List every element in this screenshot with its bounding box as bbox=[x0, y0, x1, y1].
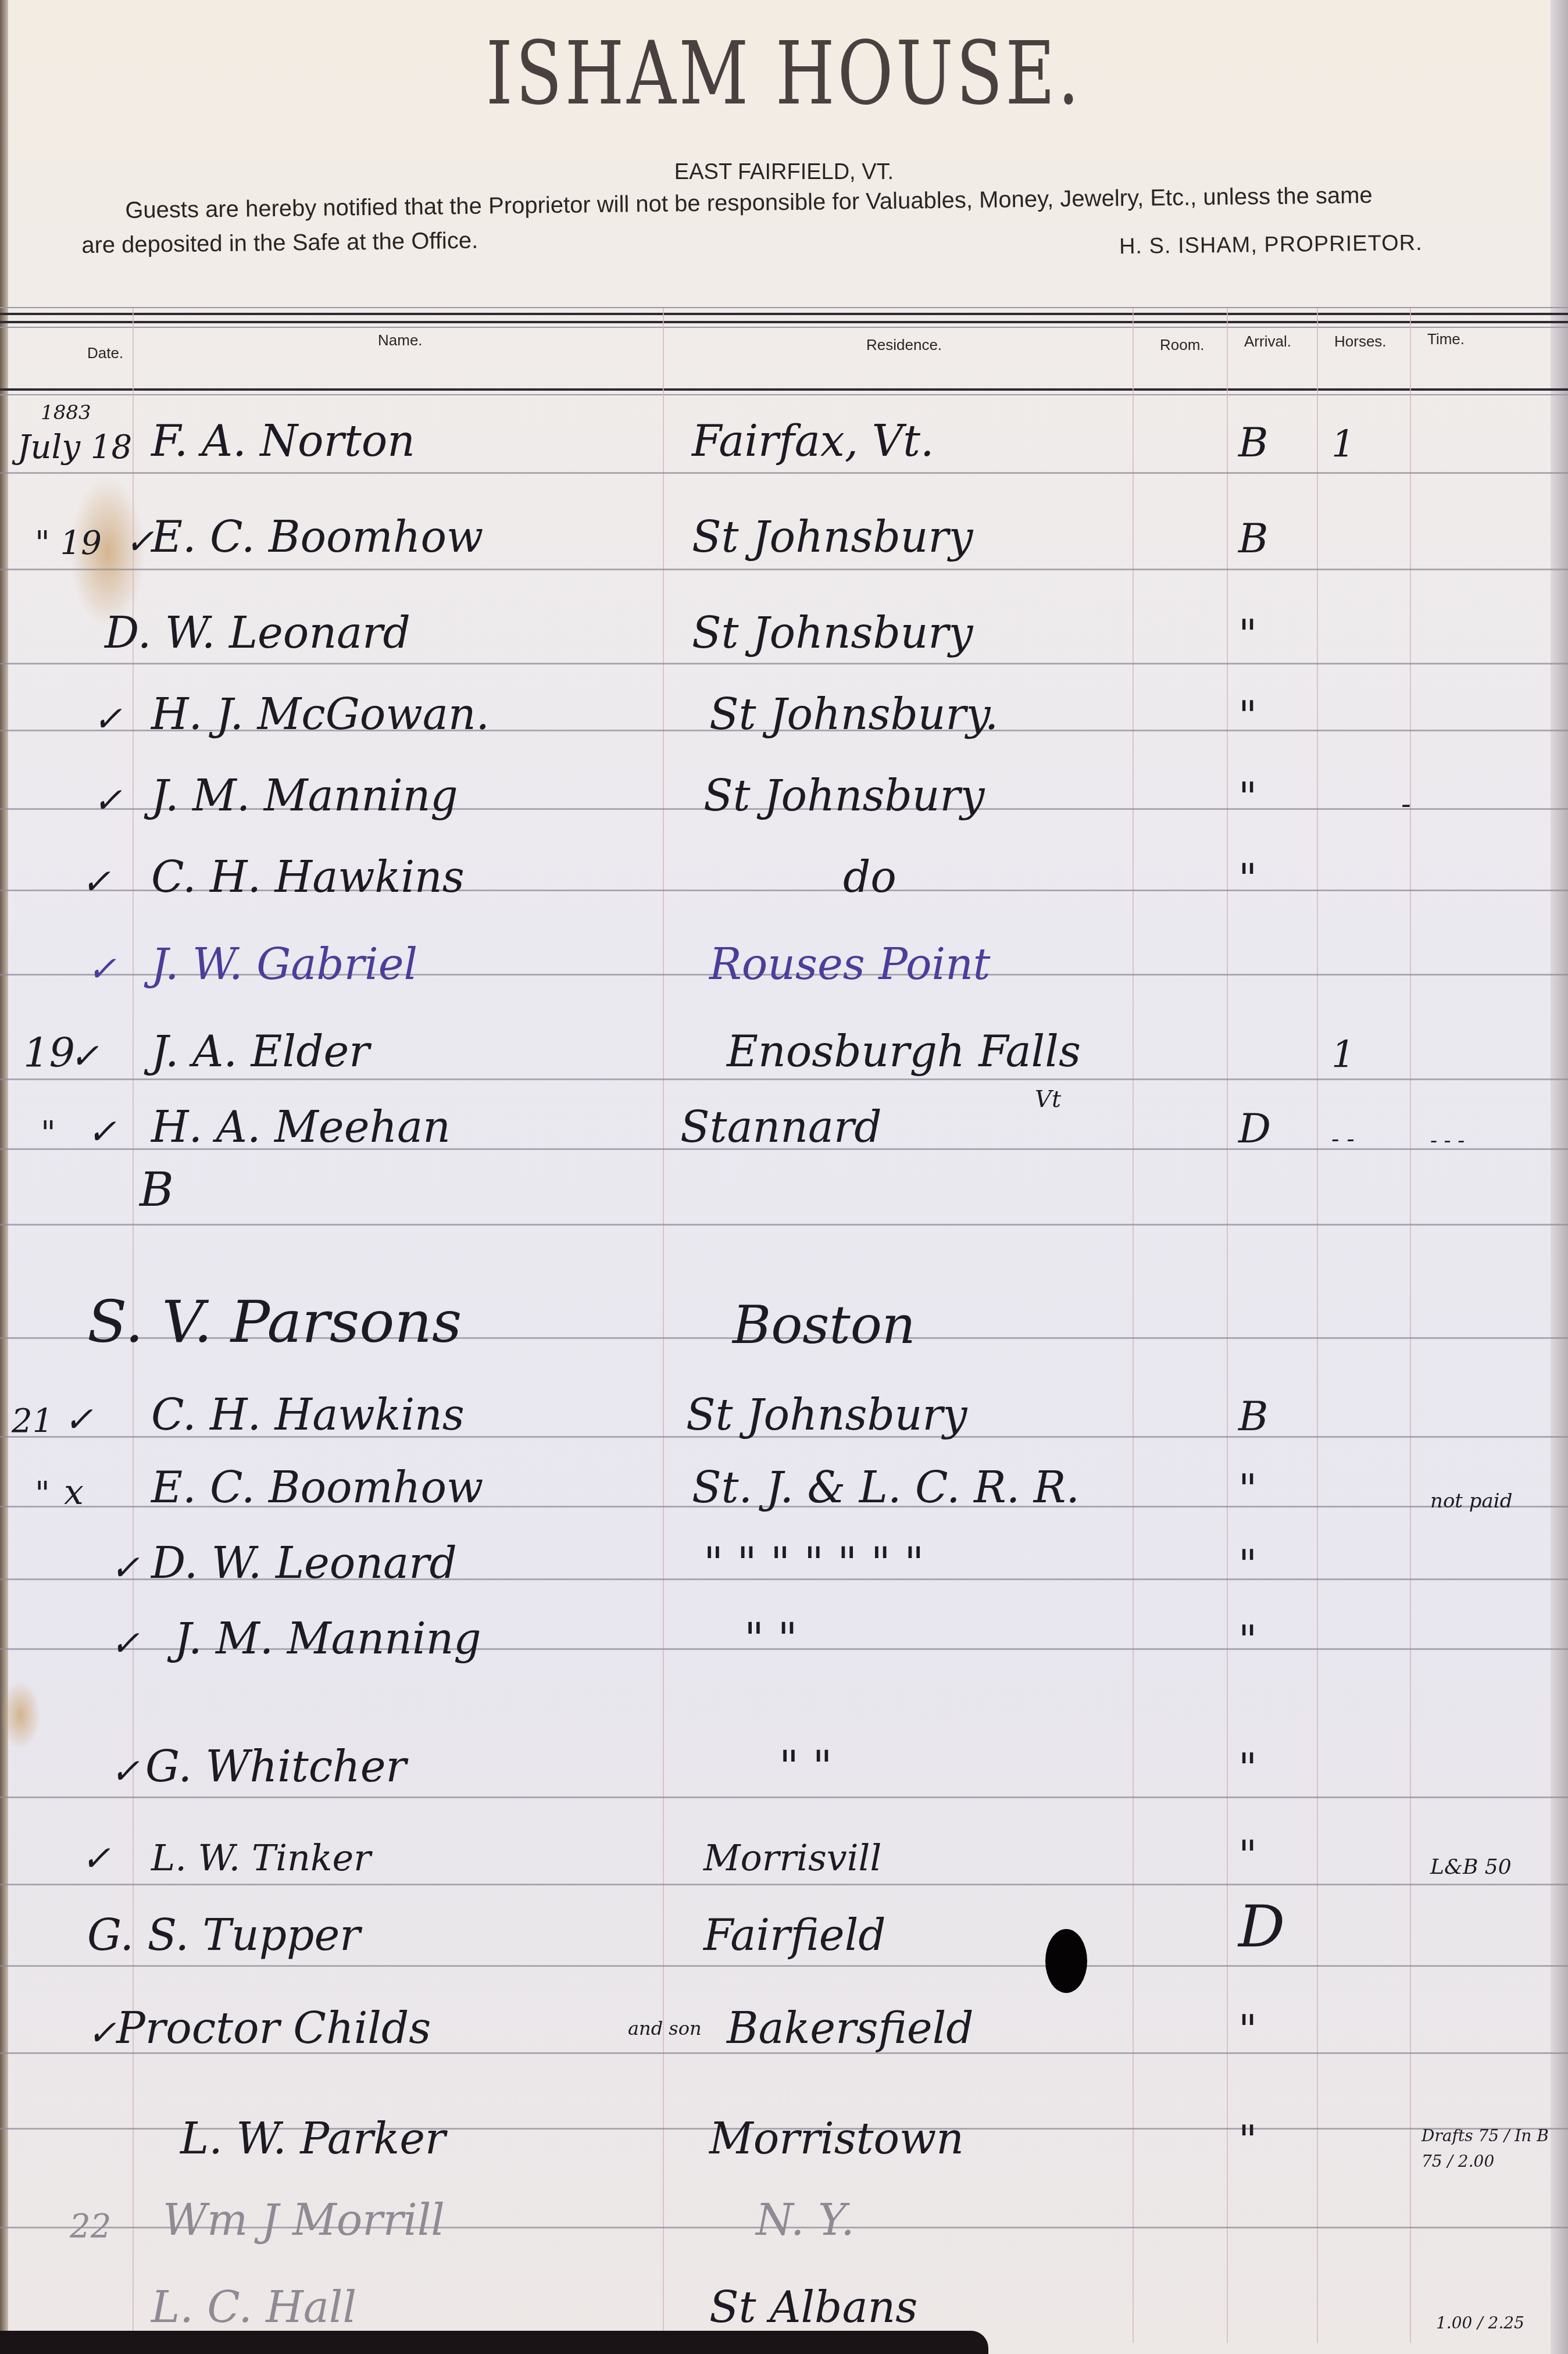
ledger-row: " x E. C. Boomhow St. J. & L. C. R. R. "… bbox=[0, 1436, 1568, 1523]
column-header-residence: Residence. bbox=[866, 336, 942, 354]
cross-mark: x bbox=[64, 1472, 84, 1513]
ledger-row: July 18 F. A. Norton Fairfax, Vt. B 1 bbox=[0, 390, 1568, 477]
guest-residence: Rouses Point bbox=[709, 940, 991, 990]
check-mark: ✓ bbox=[87, 2013, 116, 2053]
guest-residence: Fairfax, Vt. bbox=[692, 416, 934, 466]
charge-note: L&B 50 bbox=[1430, 1855, 1512, 1879]
guest-name: G. Whitcher bbox=[145, 1742, 406, 1792]
arrival-mark: " bbox=[1238, 1831, 1257, 1879]
entry-date: 21 bbox=[12, 1402, 53, 1440]
guest-residence: Boston bbox=[733, 1295, 916, 1356]
column-header-name: Name. bbox=[378, 331, 423, 349]
guest-name: H. J. McGowan. bbox=[151, 690, 490, 740]
column-header-room: Room. bbox=[1160, 336, 1205, 354]
entry-date: " bbox=[35, 1475, 50, 1513]
header-rule bbox=[0, 313, 1568, 315]
scan-background bbox=[0, 2331, 988, 2354]
check-mark: ✓ bbox=[87, 1112, 116, 1152]
ledger-row: 19 ✓ J. A. Elder Enosburgh Falls 1 bbox=[0, 1000, 1568, 1087]
guest-name: L. W. Parker bbox=[180, 2114, 445, 2164]
column-header-time: Time. bbox=[1427, 330, 1465, 348]
column-header-arrival: Arrival. bbox=[1244, 333, 1291, 351]
arrival-mark: " bbox=[1238, 1465, 1257, 1513]
guest-residence: Morrisvill bbox=[703, 1837, 881, 1879]
guest-name: H. A. Meehan bbox=[151, 1102, 451, 1152]
guest-name: C. H. Hawkins bbox=[151, 1390, 465, 1440]
check-mark: ✓ bbox=[93, 780, 122, 821]
arrival-mark: " bbox=[1238, 773, 1257, 821]
payment-note: not paid bbox=[1430, 1489, 1513, 1513]
arrival-mark: B bbox=[1238, 419, 1268, 466]
time-note: - bbox=[1401, 787, 1411, 821]
guest-name: E. C. Boomhow bbox=[151, 1463, 483, 1513]
arrival-mark: D bbox=[1238, 1105, 1271, 1152]
guest-residence: Enosburgh Falls bbox=[727, 1027, 1081, 1077]
guest-name: L. C. Hall bbox=[151, 2282, 356, 2332]
arrival-mark: " bbox=[1238, 2006, 1257, 2053]
guest-name: J. A. Elder bbox=[151, 1027, 370, 1077]
guest-residence: Fairfield bbox=[703, 1910, 886, 1960]
guest-residence: Morristown bbox=[709, 2114, 964, 2164]
ledger-row: ✓ L. W. Tinker Morrisvill " L&B 50 bbox=[0, 1802, 1568, 1889]
name-note: and son bbox=[628, 2017, 702, 2039]
guest-name: F. A. Norton bbox=[151, 416, 415, 466]
guest-name: J. M. Manning bbox=[174, 1614, 481, 1664]
ledger-row: ✓ Proctor Childs Bakersfield " bbox=[0, 1977, 1568, 2064]
guest-name: D. W. Leonard bbox=[105, 608, 410, 658]
ledger-row: " ✓ H. A. Meehan Stannard D - - - - - bbox=[0, 1076, 1568, 1163]
charge-note: 1.00 / 2.25 bbox=[1436, 2313, 1524, 2332]
hotel-title: ISHAM HOUSE. bbox=[173, 23, 1396, 124]
guest-name: D. W. Leonard bbox=[151, 1538, 457, 1588]
check-mark: ✓ bbox=[70, 1036, 99, 1077]
guest-name: G. S. Tupper bbox=[87, 1910, 360, 1960]
guest-residence: St Johnsbury bbox=[692, 608, 973, 658]
ledger-row: G. S. Tupper Fairfield D bbox=[0, 1884, 1568, 1971]
column-header-date: Date. bbox=[87, 344, 123, 362]
guest-residence: do bbox=[843, 852, 896, 902]
ledger-page: ISHAM HOUSE. EAST FAIRFIELD, VT. Guests … bbox=[0, 0, 1568, 2354]
guest-name: E. C. Boomhow bbox=[151, 512, 483, 562]
ledger-row: ✓ J. W. Gabriel Rouses Point bbox=[0, 913, 1568, 1000]
arrival-mark: B bbox=[1238, 515, 1268, 562]
guest-residence: N. Y. bbox=[756, 2195, 855, 2245]
arrival-mark: " bbox=[1238, 692, 1257, 740]
guest-name: Wm J Morrill bbox=[163, 2195, 445, 2245]
guest-name: J. M. Manning bbox=[151, 771, 458, 821]
check-mark: ✓ bbox=[81, 862, 110, 902]
check-mark: ✓ bbox=[125, 521, 154, 562]
ledger-row: ✓ G. Whitcher " " " bbox=[0, 1715, 1568, 1802]
ledger-row: D. W. Leonard St Johnsbury " bbox=[0, 581, 1568, 669]
arrival-mark: " bbox=[1238, 1541, 1257, 1588]
charge-note: Drafts 75 / In B 75 / 2.00 bbox=[1421, 2123, 1561, 2174]
guest-residence: St Johnsbury bbox=[692, 512, 973, 562]
arrival-mark: " bbox=[1238, 610, 1257, 658]
header-rule bbox=[0, 327, 1568, 328]
entry-date: July 18 bbox=[17, 428, 132, 466]
guest-name: J. W. Gabriel bbox=[151, 940, 417, 990]
column-header-horses: Horses. bbox=[1334, 333, 1387, 351]
proprietor-line: H. S. ISHAM, PROPRIETOR. bbox=[1119, 231, 1423, 259]
arrival-mark: B bbox=[1238, 1392, 1268, 1440]
ledger-row: " 19 ✓ E. C. Boomhow St Johnsbury B bbox=[0, 485, 1568, 573]
ledger-row: ✓ H. J. McGowan. St Johnsbury. " bbox=[0, 663, 1568, 750]
ledger-row: ✓ D. W. Leonard " " " " " " " " bbox=[0, 1512, 1568, 1599]
guest-residence: St Albans bbox=[709, 2282, 917, 2332]
guest-residence: " " bbox=[779, 1742, 833, 1792]
guest-residence: Bakersfield bbox=[727, 2003, 974, 2053]
ledger-row: L. W. Parker Morristown " Drafts 75 / In… bbox=[0, 2087, 1568, 2174]
arrival-mark: " bbox=[1238, 1616, 1257, 1664]
guest-name: S. V. Parsons bbox=[87, 1288, 462, 1356]
guest-name: Proctor Childs bbox=[116, 2003, 431, 2053]
guest-residence: St Johnsbury. bbox=[709, 690, 998, 740]
arrival-mark: " bbox=[1238, 855, 1257, 902]
entry-date: 22 bbox=[70, 2207, 111, 2245]
check-mark: ✓ bbox=[64, 1399, 93, 1440]
check-mark: ✓ bbox=[110, 1751, 140, 1792]
time-note: - - - bbox=[1430, 1128, 1465, 1152]
ledger-row: L. C. Hall St Albans 1.00 / 2.25 bbox=[0, 2256, 1568, 2343]
hotel-location: EAST FAIRFIELD, VT. bbox=[0, 160, 1568, 185]
ledger-row: ✓ J. M. Manning St Johnsbury " - bbox=[0, 744, 1568, 831]
check-mark: ✓ bbox=[81, 1838, 110, 1879]
check-mark: ✓ bbox=[93, 699, 122, 740]
guest-name: C. H. Hawkins bbox=[151, 852, 465, 902]
guest-residence: " " bbox=[744, 1614, 798, 1664]
name-note: B bbox=[140, 1163, 174, 1217]
guest-residence: St. J. & L. C. R. R. bbox=[692, 1463, 1080, 1513]
ledger-row: S. V. Parsons Boston bbox=[0, 1279, 1568, 1366]
arrival-mark: " bbox=[1238, 1744, 1257, 1792]
ledger-row: ✓ C. H. Hawkins do " bbox=[0, 826, 1568, 913]
ledger-row: 22 Wm J Morrill N. Y. bbox=[0, 2169, 1568, 2256]
guest-residence: " " " " " " " bbox=[703, 1538, 924, 1588]
horses-count: 1 bbox=[1331, 423, 1355, 466]
arrival-mark: D bbox=[1238, 1892, 1285, 1960]
arrival-mark: " bbox=[1238, 2116, 1257, 2164]
header-rule bbox=[0, 321, 1568, 323]
guest-residence: St Johnsbury bbox=[703, 771, 985, 821]
guest-residence: Stannard bbox=[680, 1102, 882, 1152]
entry-date: " 19 bbox=[35, 524, 102, 562]
ledger-row: ✓ J. M. Manning " " " bbox=[0, 1587, 1568, 1674]
check-mark: ✓ bbox=[110, 1623, 140, 1664]
entry-date: " bbox=[41, 1115, 56, 1152]
check-mark: ✓ bbox=[110, 1548, 140, 1588]
header-rule bbox=[0, 307, 1568, 308]
guest-name: L. W. Tinker bbox=[151, 1837, 371, 1879]
horses-count: 1 bbox=[1331, 1034, 1355, 1077]
guest-residence: St Johnsbury bbox=[686, 1390, 967, 1440]
check-mark: ✓ bbox=[87, 949, 116, 990]
horses-mark: - - bbox=[1331, 1126, 1355, 1152]
entry-date: 19 bbox=[23, 1029, 75, 1077]
